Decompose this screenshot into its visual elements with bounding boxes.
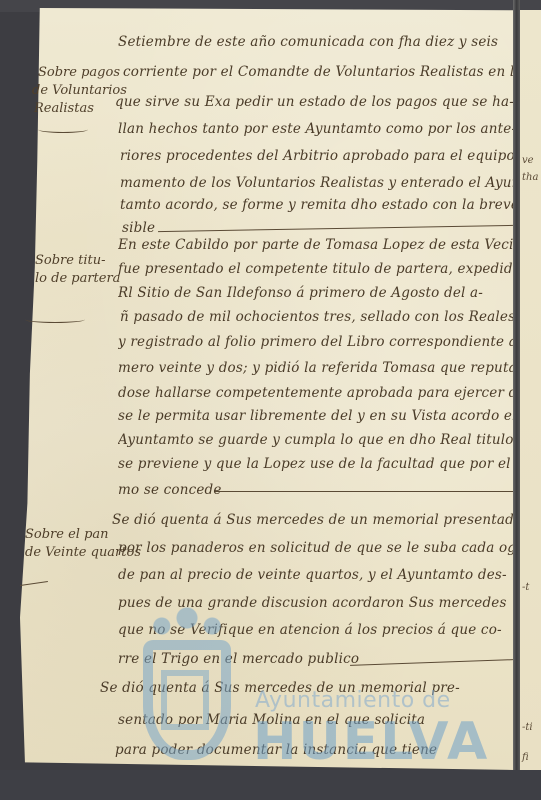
section-divider <box>215 491 513 492</box>
body-line: sentado por Maria Molina en el que solic… <box>118 712 513 728</box>
body-line: pues de una grande discusion acordaron S… <box>118 595 513 611</box>
body-line: mo se concede <box>118 482 222 498</box>
body-line: y registrado al folio primero del Libro … <box>118 334 513 350</box>
adjacent-page-fragment: ve <box>522 155 534 166</box>
scanner-background-bottom <box>0 770 541 800</box>
book-spine <box>513 0 520 800</box>
body-line: se le permita usar libremente del y en s… <box>118 408 513 424</box>
body-line: Se dió quenta á Sus mercedes de un memor… <box>100 680 513 696</box>
body-line: tamto acordo, se forme y remita dho esta… <box>120 197 513 213</box>
margin-note-line: Realistas <box>34 100 127 118</box>
body-line: por los panaderos en solicitud de que se… <box>118 540 513 556</box>
adjacent-page-fragment: -t <box>522 582 529 593</box>
margin-note-line: de Voluntarios <box>32 82 127 100</box>
margin-flourish <box>38 126 88 133</box>
margin-note-line: lo de partera <box>35 270 120 288</box>
body-line: corriente por el Comandte de Voluntarios… <box>123 64 513 80</box>
body-line: dose hallarse competentemente aprobada p… <box>118 385 513 401</box>
body-line: mamento de los Voluntarios Realistas y e… <box>120 175 513 191</box>
margin-note-line: Sobre pagos <box>38 64 127 82</box>
body-line: sible <box>122 220 155 236</box>
margin-note-line: Sobre titu- <box>35 252 120 270</box>
body-line: rre el Trigo en el mercado publico <box>118 651 359 667</box>
body-line: Se dió quenta á Sus mercedes de un memor… <box>112 512 513 528</box>
body-line: llan hechos tanto por este Ayuntamto com… <box>118 121 513 137</box>
body-line: En este Cabildo por parte de Tomasa Lope… <box>118 237 513 253</box>
body-line: Rl Sitio de San Ildefonso á primero de A… <box>118 285 513 301</box>
body-line: para poder documentar la instancia que t… <box>115 742 513 758</box>
body-line: riores procedentes del Arbitrio aprobado… <box>120 148 513 164</box>
body-line: fue presentado el competente titulo de p… <box>118 261 513 277</box>
body-line: mero veinte y dos; y pidió la referida T… <box>118 360 513 376</box>
body-line: Ayuntamto se guarde y cumpla lo que en d… <box>118 432 513 448</box>
margin-note-voluntarios: Sobre pagos de Voluntarios Realistas <box>38 64 127 118</box>
margin-flourish <box>25 316 85 323</box>
body-line: Setiembre de este año comunicada con fha… <box>118 34 513 50</box>
body-line: ñ pasado de mil ochocientos tres, sellad… <box>120 309 513 325</box>
body-line: se previene y que la Lopez use de la fac… <box>118 456 513 472</box>
body-line: que sirve su Exa pedir un estado de los … <box>115 94 513 110</box>
adjacent-page-fragment: fi <box>522 752 529 763</box>
body-line: de pan al precio de veinte quartos, y el… <box>118 567 513 583</box>
adjacent-page: ve tha -t -ti fi <box>520 10 541 775</box>
adjacent-page-fragment: -ti <box>522 722 533 733</box>
adjacent-page-fragment: tha <box>522 172 538 183</box>
body-line: que no se Verifique en atencion á los pr… <box>118 622 513 638</box>
margin-note-partera: Sobre titu- lo de partera <box>35 252 120 288</box>
